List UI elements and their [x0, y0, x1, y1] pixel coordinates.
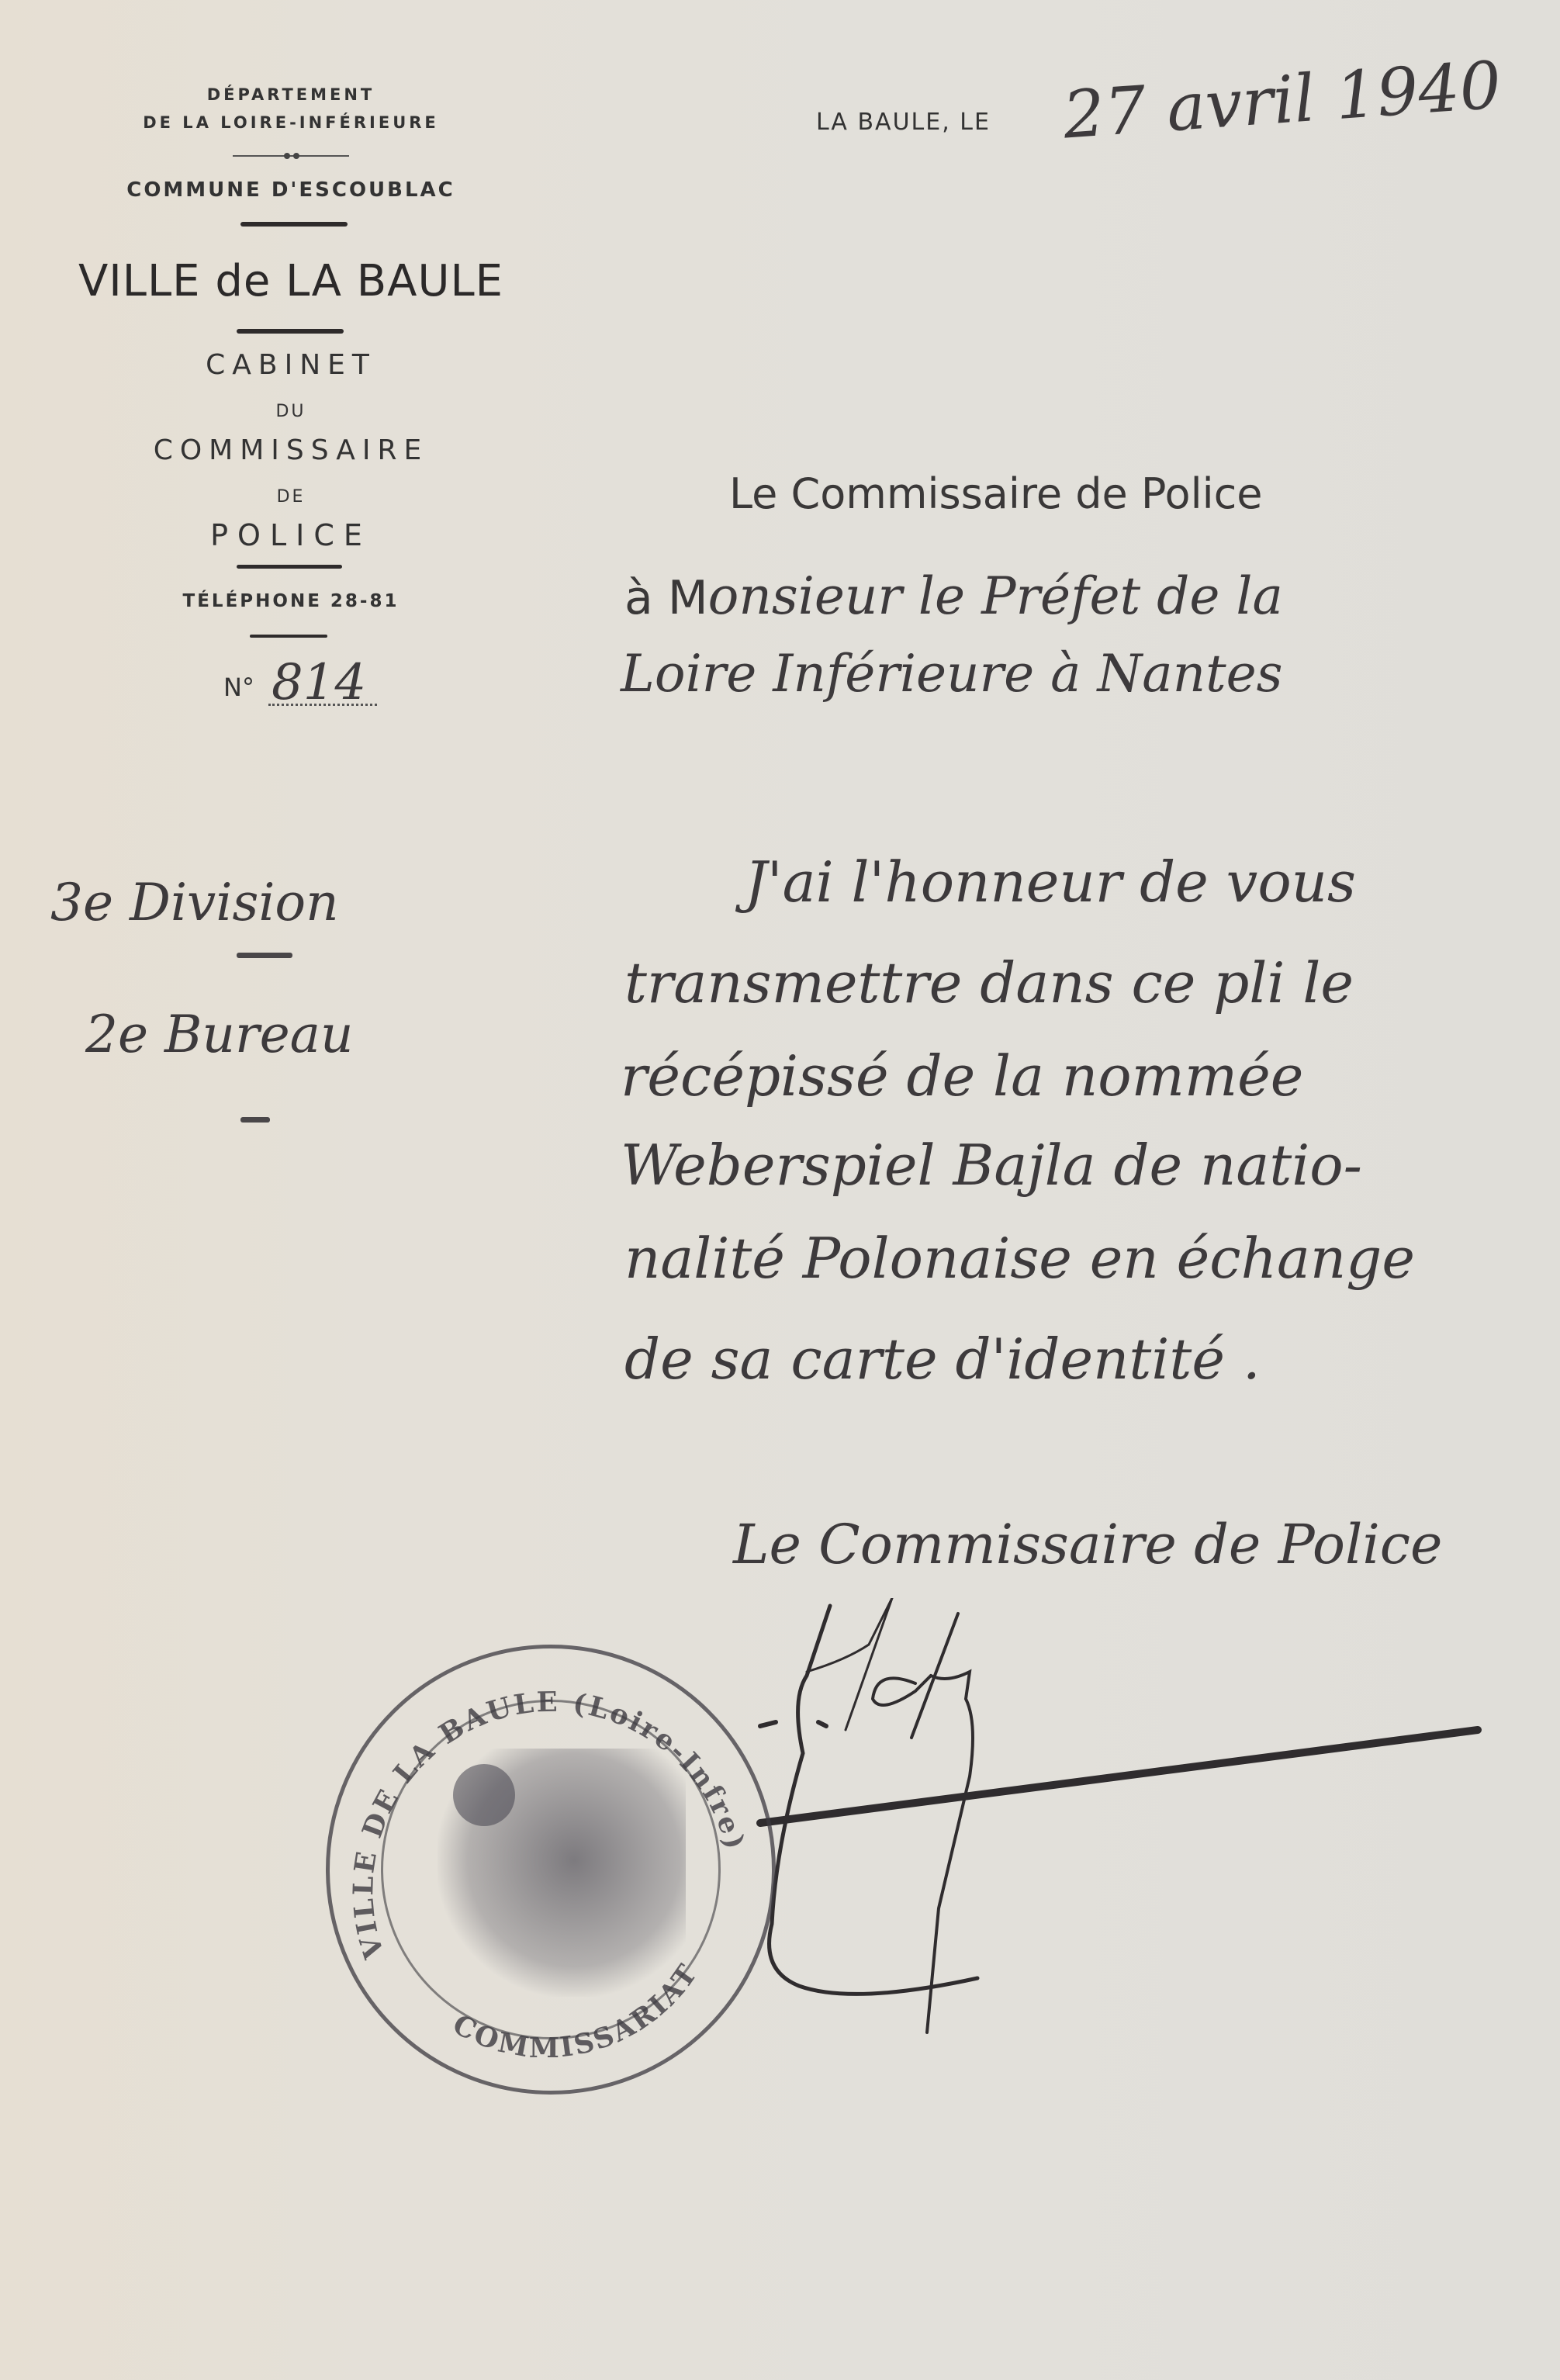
margin-bureau: 2e Bureau: [85, 1005, 354, 1064]
body-line: J'ai l'honneur de vous: [745, 849, 1356, 915]
letterhead-de: DE: [70, 487, 512, 507]
letterhead-commune: COMMUNE D'ESCOUBLAC: [70, 178, 512, 202]
signature: Matz: [745, 1598, 1489, 2203]
divider-rule: [237, 565, 342, 569]
margin-dash: [240, 1117, 270, 1123]
recipient-line-1: à Monsieur le Préfet de la: [624, 566, 1283, 626]
recipient-prefix: à M: [624, 571, 708, 625]
margin-division: 3e Division: [50, 873, 339, 932]
reference-number: N° 814: [223, 656, 394, 710]
closing-signoff: Le Commissaire de Police: [733, 1513, 1442, 1576]
dateline-place: LA BAULE, LE: [816, 109, 991, 136]
letterhead-ville: VILLE de LA BAULE: [70, 256, 512, 306]
divider-rule: [237, 329, 344, 334]
recipient-line-2: Loire Inférieure à Nantes: [621, 644, 1283, 704]
body-line: nalité Polonaise en échange: [624, 1226, 1415, 1291]
stamp-top-text: VILLE DE LA BAULE (Loire-Infre): [348, 1686, 751, 1963]
body-line: transmettre dans ce pli le: [624, 950, 1354, 1015]
margin-dash: [237, 953, 292, 958]
letterhead-telephone: TÉLÉPHONE 28-81: [70, 591, 512, 611]
letterhead-police: POLICE: [70, 518, 512, 552]
svg-text:VILLE DE LA BAULE (Loire-Infre: VILLE DE LA BAULE (Loire-Infre): [348, 1686, 751, 1963]
letterhead-du: DU: [70, 402, 512, 421]
letterhead-departement: DÉPARTEMENT: [70, 85, 512, 104]
letterhead-commissaire: COMMISSAIRE: [70, 434, 512, 466]
divider-rule: [250, 635, 327, 638]
divider-rule: [240, 222, 348, 227]
body-line: de sa carte d'identité .: [624, 1327, 1261, 1392]
number-label: N°: [223, 673, 254, 702]
body-line: Weberspiel Bajla de natio-: [621, 1133, 1362, 1198]
number-value: 814: [272, 654, 366, 711]
body-line: récépissé de la nommée: [621, 1043, 1303, 1109]
letterhead-departement-name: DE LA LOIRE-INFÉRIEURE: [70, 113, 512, 132]
recipient-name: onsieur le Préfet de la: [708, 566, 1283, 626]
ornament-divider: [233, 155, 349, 157]
official-stamp: VILLE DE LA BAULE (Loire-Infre) COMMISSA…: [326, 1645, 776, 2095]
letterhead-cabinet: CABINET: [70, 349, 512, 381]
signature-flourish-icon: [745, 1598, 1489, 2203]
sender-title: Le Commissaire de Police: [729, 469, 1263, 518]
dateline-date: 27 avril 1940: [1060, 47, 1503, 153]
stamp-text-ring: VILLE DE LA BAULE (Loire-Infre) COMMISSA…: [330, 1648, 772, 2091]
